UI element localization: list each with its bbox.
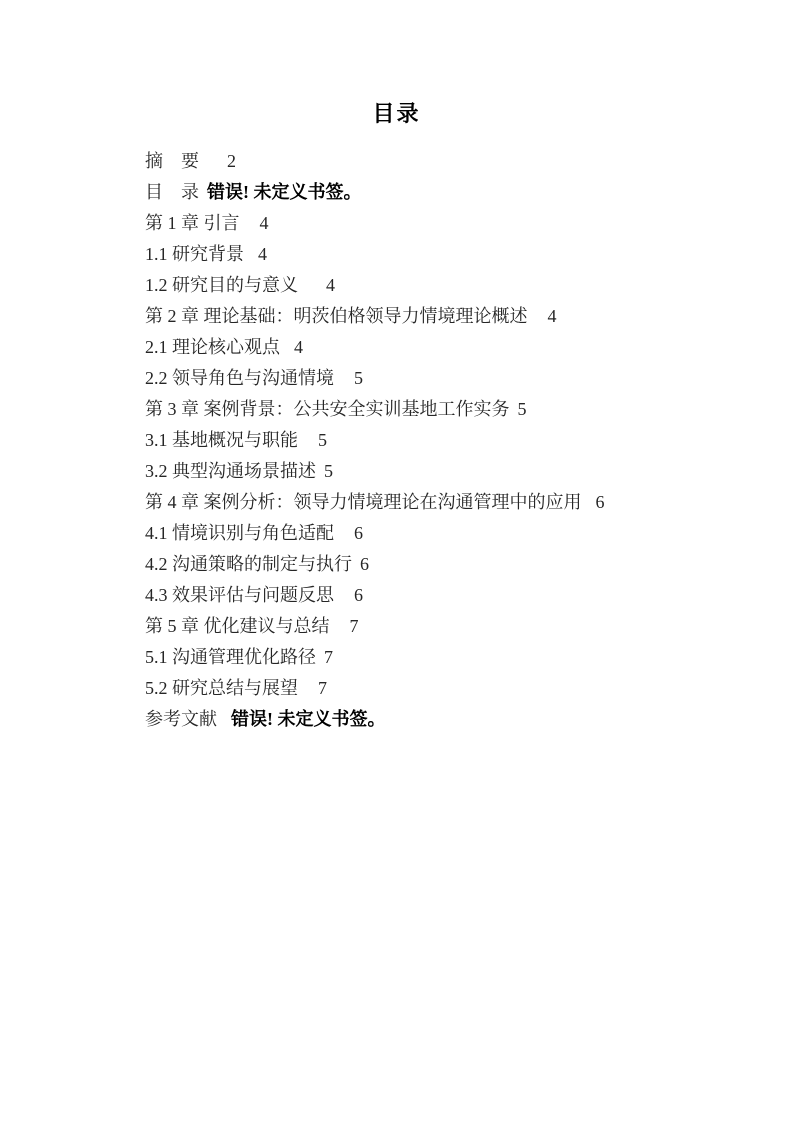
toc-entry-page: 4 xyxy=(260,213,269,233)
toc-entry-page: 6 xyxy=(596,492,605,512)
toc-entry-label: 4.3 效果评估与问题反思 xyxy=(145,585,334,605)
toc-entry-label: 3.2 典型沟通场景描述 xyxy=(145,461,316,481)
toc-entry: 4.1 情境识别与角色适配6 xyxy=(145,518,648,549)
toc-entry-page: 错误! 未定义书签。 xyxy=(207,182,362,202)
toc-entry: 第 4 章 案例分析：领导力情境理论在沟通管理中的应用6 xyxy=(145,487,648,518)
toc-entry: 2.2 领导角色与沟通情境5 xyxy=(145,363,648,394)
toc-entry-label: 第 4 章 案例分析：领导力情境理论在沟通管理中的应用 xyxy=(145,492,582,512)
toc-entry-page: 7 xyxy=(318,678,327,698)
toc-entry: 摘 要2 xyxy=(145,146,648,177)
toc-entry-page: 4 xyxy=(258,244,267,264)
toc-entry: 4.3 效果评估与问题反思6 xyxy=(145,580,648,611)
toc-entry-page: 6 xyxy=(360,554,369,574)
toc-entry-label: 2.2 领导角色与沟通情境 xyxy=(145,368,334,388)
toc-entry-label: 3.1 基地概况与职能 xyxy=(145,430,298,450)
toc-entry-label: 参考文献 xyxy=(145,709,217,729)
toc-entry-page: 4 xyxy=(326,275,335,295)
toc-entry-label: 2.1 理论核心观点 xyxy=(145,337,280,357)
toc-entry-page: 5 xyxy=(318,430,327,450)
toc-entry-label: 第 3 章 案例背景：公共安全实训基地工作实务 xyxy=(145,399,510,419)
toc-entry-page: 7 xyxy=(350,616,359,636)
toc-entry-label: 1.1 研究背景 xyxy=(145,244,244,264)
toc-entry: 参考文献错误! 未定义书签。 xyxy=(145,704,648,735)
toc-entry-label: 目 录 xyxy=(145,182,199,202)
toc-entry-label: 1.2 研究目的与意义 xyxy=(145,275,298,295)
document-page: 目录 摘 要2 目 录错误! 未定义书签。 第 1 章 引言4 1.1 研究背景… xyxy=(0,0,793,1122)
table-of-contents: 摘 要2 目 录错误! 未定义书签。 第 1 章 引言4 1.1 研究背景4 1… xyxy=(145,146,648,735)
toc-entry: 2.1 理论核心观点4 xyxy=(145,332,648,363)
toc-entry-page: 4 xyxy=(294,337,303,357)
toc-entry-page: 错误! 未定义书签。 xyxy=(231,709,386,729)
toc-entry: 目 录错误! 未定义书签。 xyxy=(145,177,648,208)
toc-entry: 5.2 研究总结与展望7 xyxy=(145,673,648,704)
toc-entry: 1.2 研究目的与意义4 xyxy=(145,270,648,301)
toc-entry-label: 4.1 情境识别与角色适配 xyxy=(145,523,334,543)
toc-entry-label: 5.2 研究总结与展望 xyxy=(145,678,298,698)
toc-entry: 第 2 章 理论基础：明茨伯格领导力情境理论概述4 xyxy=(145,301,648,332)
document-content: 目录 摘 要2 目 录错误! 未定义书签。 第 1 章 引言4 1.1 研究背景… xyxy=(145,99,648,735)
toc-entry: 3.2 典型沟通场景描述5 xyxy=(145,456,648,487)
toc-entry-label: 第 5 章 优化建议与总结 xyxy=(145,616,330,636)
toc-entry: 第 3 章 案例背景：公共安全实训基地工作实务5 xyxy=(145,394,648,425)
page-title: 目录 xyxy=(145,99,648,129)
toc-entry-label: 5.1 沟通管理优化路径 xyxy=(145,647,316,667)
toc-entry: 1.1 研究背景4 xyxy=(145,239,648,270)
toc-entry-page: 5 xyxy=(354,368,363,388)
toc-entry-label: 第 1 章 引言 xyxy=(145,213,240,233)
toc-entry-label: 摘 要 xyxy=(145,151,199,171)
toc-entry: 4.2 沟通策略的制定与执行6 xyxy=(145,549,648,580)
toc-entry: 第 5 章 优化建议与总结7 xyxy=(145,611,648,642)
toc-entry: 第 1 章 引言4 xyxy=(145,208,648,239)
toc-entry: 3.1 基地概况与职能5 xyxy=(145,425,648,456)
toc-entry-page: 6 xyxy=(354,523,363,543)
toc-entry-label: 第 2 章 理论基础：明茨伯格领导力情境理论概述 xyxy=(145,306,528,326)
toc-entry-page: 4 xyxy=(548,306,557,326)
toc-entry-page: 5 xyxy=(518,399,527,419)
toc-entry-page: 5 xyxy=(324,461,333,481)
toc-entry: 5.1 沟通管理优化路径7 xyxy=(145,642,648,673)
toc-entry-page: 7 xyxy=(324,647,333,667)
toc-entry-label: 4.2 沟通策略的制定与执行 xyxy=(145,554,352,574)
toc-entry-page: 6 xyxy=(354,585,363,605)
toc-entry-page: 2 xyxy=(227,151,236,171)
